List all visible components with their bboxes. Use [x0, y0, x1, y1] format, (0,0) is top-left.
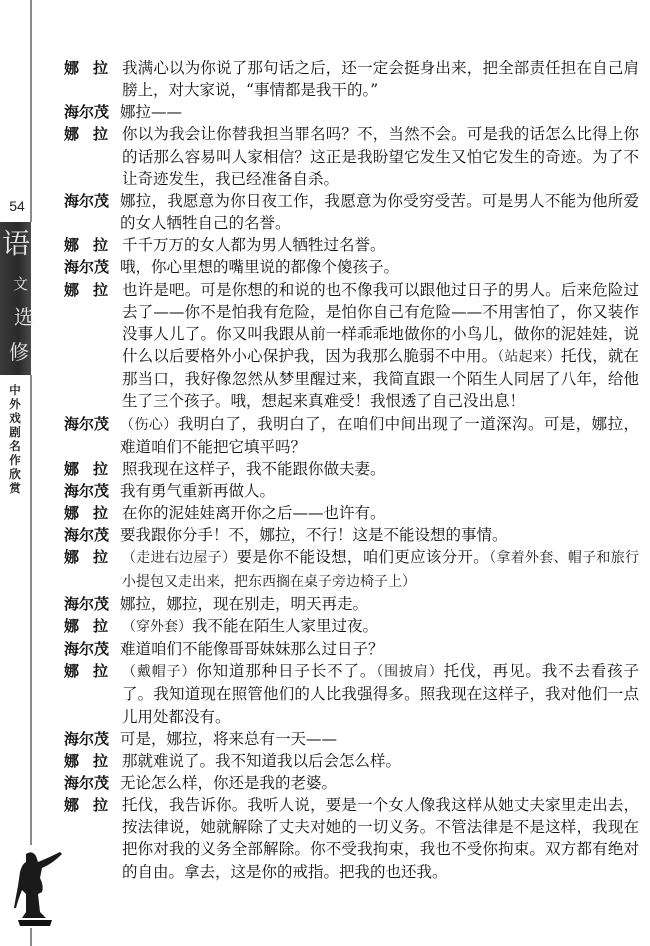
series-char: 外: [5, 397, 25, 411]
speaker-name: 娜拉: [64, 750, 122, 772]
dialogue-turn: 海尔茂难道咱们不能像哥哥妹妹那么过日子？: [64, 638, 639, 660]
speaker-name: 娜拉: [64, 794, 122, 883]
speech-text: 我满心以为你说了那句话之后，还一定会挺身出来，把全部责任担在自己肩膀上，对大家说…: [122, 57, 639, 101]
speech-text: 娜拉，娜拉，现在别走，明天再走。: [120, 593, 639, 615]
speech-text: 可是，娜拉，将来总有一天——: [120, 728, 639, 750]
speech-segment: 娜拉——: [120, 103, 182, 121]
speech-text: 千千万万的女人都为男人牺牲过名誉。: [122, 234, 639, 256]
speaker-name: 娜拉: [64, 660, 122, 727]
speaker-name: 海尔茂: [64, 638, 120, 660]
speech-text: 你以为我会让你替我担当罪名吗？不，当然不会。可是我的话怎么比得上你的话那么容易叫…: [122, 123, 639, 189]
speaker-name: 娜拉: [64, 234, 122, 256]
speech-text: （伤心）我明白了，我明白了，在咱们中间出现了一道深沟。可是，娜拉，难道咱们不能把…: [120, 413, 639, 458]
speech-text: 也许是吧。可是你想的和说的也不像我可以跟他过日子的男人。后来危险过去了——你不是…: [122, 279, 639, 413]
speech-segment: 我明白了，我明白了，在咱们中间出现了一道深沟。可是，娜拉，难道咱们不能把它填平吗…: [120, 415, 639, 456]
speech-segment: 哦，你心里想的嘴里说的都像个傻孩子。: [120, 258, 399, 276]
stage-direction: （穿外套）: [122, 619, 192, 635]
dialogue-turn: 海尔茂要我跟你分手！不，娜拉，不行！这是不能设想的事情。: [64, 524, 639, 546]
series-char: 作: [5, 453, 25, 467]
dialogue-turn: 娜拉（穿外套）我不能在陌生人家里过夜。: [64, 615, 639, 638]
speech-segment: 无论怎么样，你还是我的老婆。: [120, 774, 337, 792]
speech-segment: 要是你不能设想，咱们更应该分开。: [236, 548, 489, 566]
dialogue-turn: 娜拉在你的泥娃娃离开你之后——也许有。: [64, 502, 639, 524]
speaker-name: 娜拉: [64, 502, 122, 524]
speech-text: （走进右边屋子）要是你不能设想，咱们更应该分开。（拿着外套、帽子和旅行小提包又走…: [122, 546, 639, 592]
speech-text: 在你的泥娃娃离开你之后——也许有。: [122, 502, 639, 524]
stage-direction: （站起来）: [497, 349, 561, 365]
band-char: 文: [13, 274, 28, 294]
speaker-name: 娜拉: [64, 123, 122, 189]
dialogue-turn: 娜拉千千万万的女人都为男人牺牲过名誉。: [64, 234, 639, 256]
band-char: 选: [14, 307, 34, 327]
speaker-name: 海尔茂: [64, 256, 120, 278]
dialogue-turn: 海尔茂哦，你心里想的嘴里说的都像个傻孩子。: [64, 256, 639, 278]
dialogue-turn: 娜拉托伐，我告诉你。我听人说，要是一个女人像我这样从她丈夫家里走出去，按法律说，…: [64, 794, 639, 883]
speaker-name: 娜拉: [64, 279, 122, 413]
speech-segment: 你知道那种日子长不了。: [196, 662, 376, 680]
series-char: 戏: [5, 411, 25, 425]
speech-text: 我有勇气重新再做人。: [120, 480, 639, 502]
speech-text: 娜拉——: [120, 101, 639, 123]
speech-segment: 那就难说了。我不知道我以后会怎么样。: [122, 752, 401, 770]
speech-text: 托伐，我告诉你。我听人说，要是一个女人像我这样从她丈夫家里走出去，按法律说，她就…: [122, 794, 639, 883]
page-number: 54: [7, 198, 27, 214]
speech-text: （穿外套）我不能在陌生人家里过夜。: [122, 615, 639, 638]
dialogue-turn: 海尔茂娜拉，我愿意为你日夜工作，我愿意为你受穷受苦。可是男人不能为他所爱的女人牺…: [64, 190, 639, 234]
dialogue-turn: 海尔茂娜拉，娜拉，现在别走，明天再走。: [64, 593, 639, 615]
speaker-name: 海尔茂: [64, 728, 120, 750]
speech-segment: 千千万万的女人都为男人牺牲过名誉。: [122, 236, 386, 254]
speaker-name: 海尔茂: [64, 413, 120, 458]
dialogue-turn: 海尔茂我有勇气重新再做人。: [64, 480, 639, 502]
speaker-name: 海尔茂: [64, 524, 120, 546]
speech-text: 无论怎么样，你还是我的老婆。: [120, 772, 639, 794]
speaker-name: 海尔茂: [64, 772, 120, 794]
stage-direction: （走进右边屋子）: [122, 550, 236, 566]
series-char: 欣: [5, 467, 25, 481]
series-char: 剧: [5, 425, 25, 439]
speech-segment: 难道咱们不能像哥哥妹妹那么过日子？: [120, 640, 384, 658]
speech-segment: 娜拉，我愿意为你日夜工作，我愿意为你受穷受苦。可是男人不能为他所爱的女人牺牲自己…: [120, 192, 639, 232]
speech-text: 要我跟你分手！不，娜拉，不行！这是不能设想的事情。: [120, 524, 639, 546]
speech-segment: 照我现在这样子，我不能跟你做夫妻。: [122, 460, 386, 478]
speech-segment: 可是，娜拉，将来总有一天——: [120, 730, 337, 748]
band-char: 语: [2, 230, 30, 258]
speaker-name: 海尔茂: [64, 480, 120, 502]
margin-rule: [30, 0, 32, 222]
speech-segment: 我不能在陌生人家里过夜。: [192, 617, 378, 635]
dialogue-turn: 海尔茂无论怎么样，你还是我的老婆。: [64, 772, 639, 794]
speaker-name: 娜拉: [64, 57, 122, 101]
margin-rule: [30, 928, 32, 946]
dialogue-turn: 娜拉照我现在这样子，我不能跟你做夫妻。: [64, 458, 639, 480]
speaker-name: 海尔茂: [64, 190, 120, 234]
stage-direction: （伤心）: [120, 417, 178, 433]
speech-text: （戴帽子）你知道那种日子长不了。（围披肩）托伐，再见。我不去看孩子了。我知道现在…: [122, 660, 639, 727]
speech-text: 哦，你心里想的嘴里说的都像个傻孩子。: [120, 256, 639, 278]
side-band: 语 文 选 修: [0, 222, 31, 375]
dialogue-turn: 海尔茂可是，娜拉，将来总有一天——: [64, 728, 639, 750]
dialogue-turn: 娜拉我满心以为你说了那句话之后，还一定会挺身出来，把全部责任担在自己肩膀上，对大…: [64, 57, 639, 101]
band-char: 修: [9, 342, 29, 362]
speaker-name: 娜拉: [64, 458, 122, 480]
dialogue-turn: 娜拉（走进右边屋子）要是你不能设想，咱们更应该分开。（拿着外套、帽子和旅行小提包…: [64, 546, 639, 592]
dialogue-turn: 海尔茂（伤心）我明白了，我明白了，在咱们中间出现了一道深沟。可是，娜拉，难道咱们…: [64, 413, 639, 458]
speaker-name: 娜拉: [64, 615, 122, 638]
speech-segment: 我满心以为你说了那句话之后，还一定会挺身出来，把全部责任担在自己肩膀上，对大家说…: [122, 59, 639, 99]
dialogue: 娜拉我满心以为你说了那句话之后，还一定会挺身出来，把全部责任担在自己肩膀上，对大…: [64, 57, 639, 883]
speech-text: 照我现在这样子，我不能跟你做夫妻。: [122, 458, 639, 480]
speech-text: 娜拉，我愿意为你日夜工作，我愿意为你受穷受苦。可是男人不能为他所爱的女人牺牲自己…: [120, 190, 639, 234]
series-char: 中: [5, 383, 25, 397]
speech-text: 难道咱们不能像哥哥妹妹那么过日子？: [120, 638, 639, 660]
dialogue-turn: 娜拉也许是吧。可是你想的和说的也不像我可以跟他过日子的男人。后来危险过去了——你…: [64, 279, 639, 413]
dialogue-turn: 娜拉你以为我会让你替我担当罪名吗？不，当然不会。可是我的话怎么比得上你的话那么容…: [64, 123, 639, 189]
dialogue-turn: 娜拉那就难说了。我不知道我以后会怎么样。: [64, 750, 639, 772]
margin-rule: [30, 375, 32, 845]
stage-direction: （戴帽子）: [122, 664, 196, 680]
speaker-name: 娜拉: [64, 546, 122, 592]
speech-segment: 娜拉，娜拉，现在别走，明天再走。: [120, 595, 368, 613]
speech-segment: 我有勇气重新再做人。: [120, 482, 275, 500]
speech-segment: 你以为我会让你替我担当罪名吗？不，当然不会。可是我的话怎么比得上你的话那么容易叫…: [122, 125, 639, 187]
speech-segment: 要我跟你分手！不，娜拉，不行！这是不能设想的事情。: [120, 526, 508, 544]
stage-direction: （围披肩）: [376, 664, 443, 680]
series-char: 赏: [5, 481, 25, 495]
speech-segment: 托伐，我告诉你。我听人说，要是一个女人像我这样从她丈夫家里走出去，按法律说，她就…: [122, 796, 639, 880]
speaker-name: 海尔茂: [64, 101, 120, 123]
series-title: 中 外 戏 剧 名 作 欣 赏: [5, 383, 25, 495]
dialogue-turn: 海尔茂娜拉——: [64, 101, 639, 123]
speech-text: 那就难说了。我不知道我以后会怎么样。: [122, 750, 639, 772]
series-char: 名: [5, 439, 25, 453]
speaker-name: 海尔茂: [64, 593, 120, 615]
statue-figure-icon: [4, 848, 64, 928]
speech-segment: 在你的泥娃娃离开你之后——也许有。: [122, 504, 386, 522]
dialogue-turn: 娜拉（戴帽子）你知道那种日子长不了。（围披肩）托伐，再见。我不去看孩子了。我知道…: [64, 660, 639, 727]
